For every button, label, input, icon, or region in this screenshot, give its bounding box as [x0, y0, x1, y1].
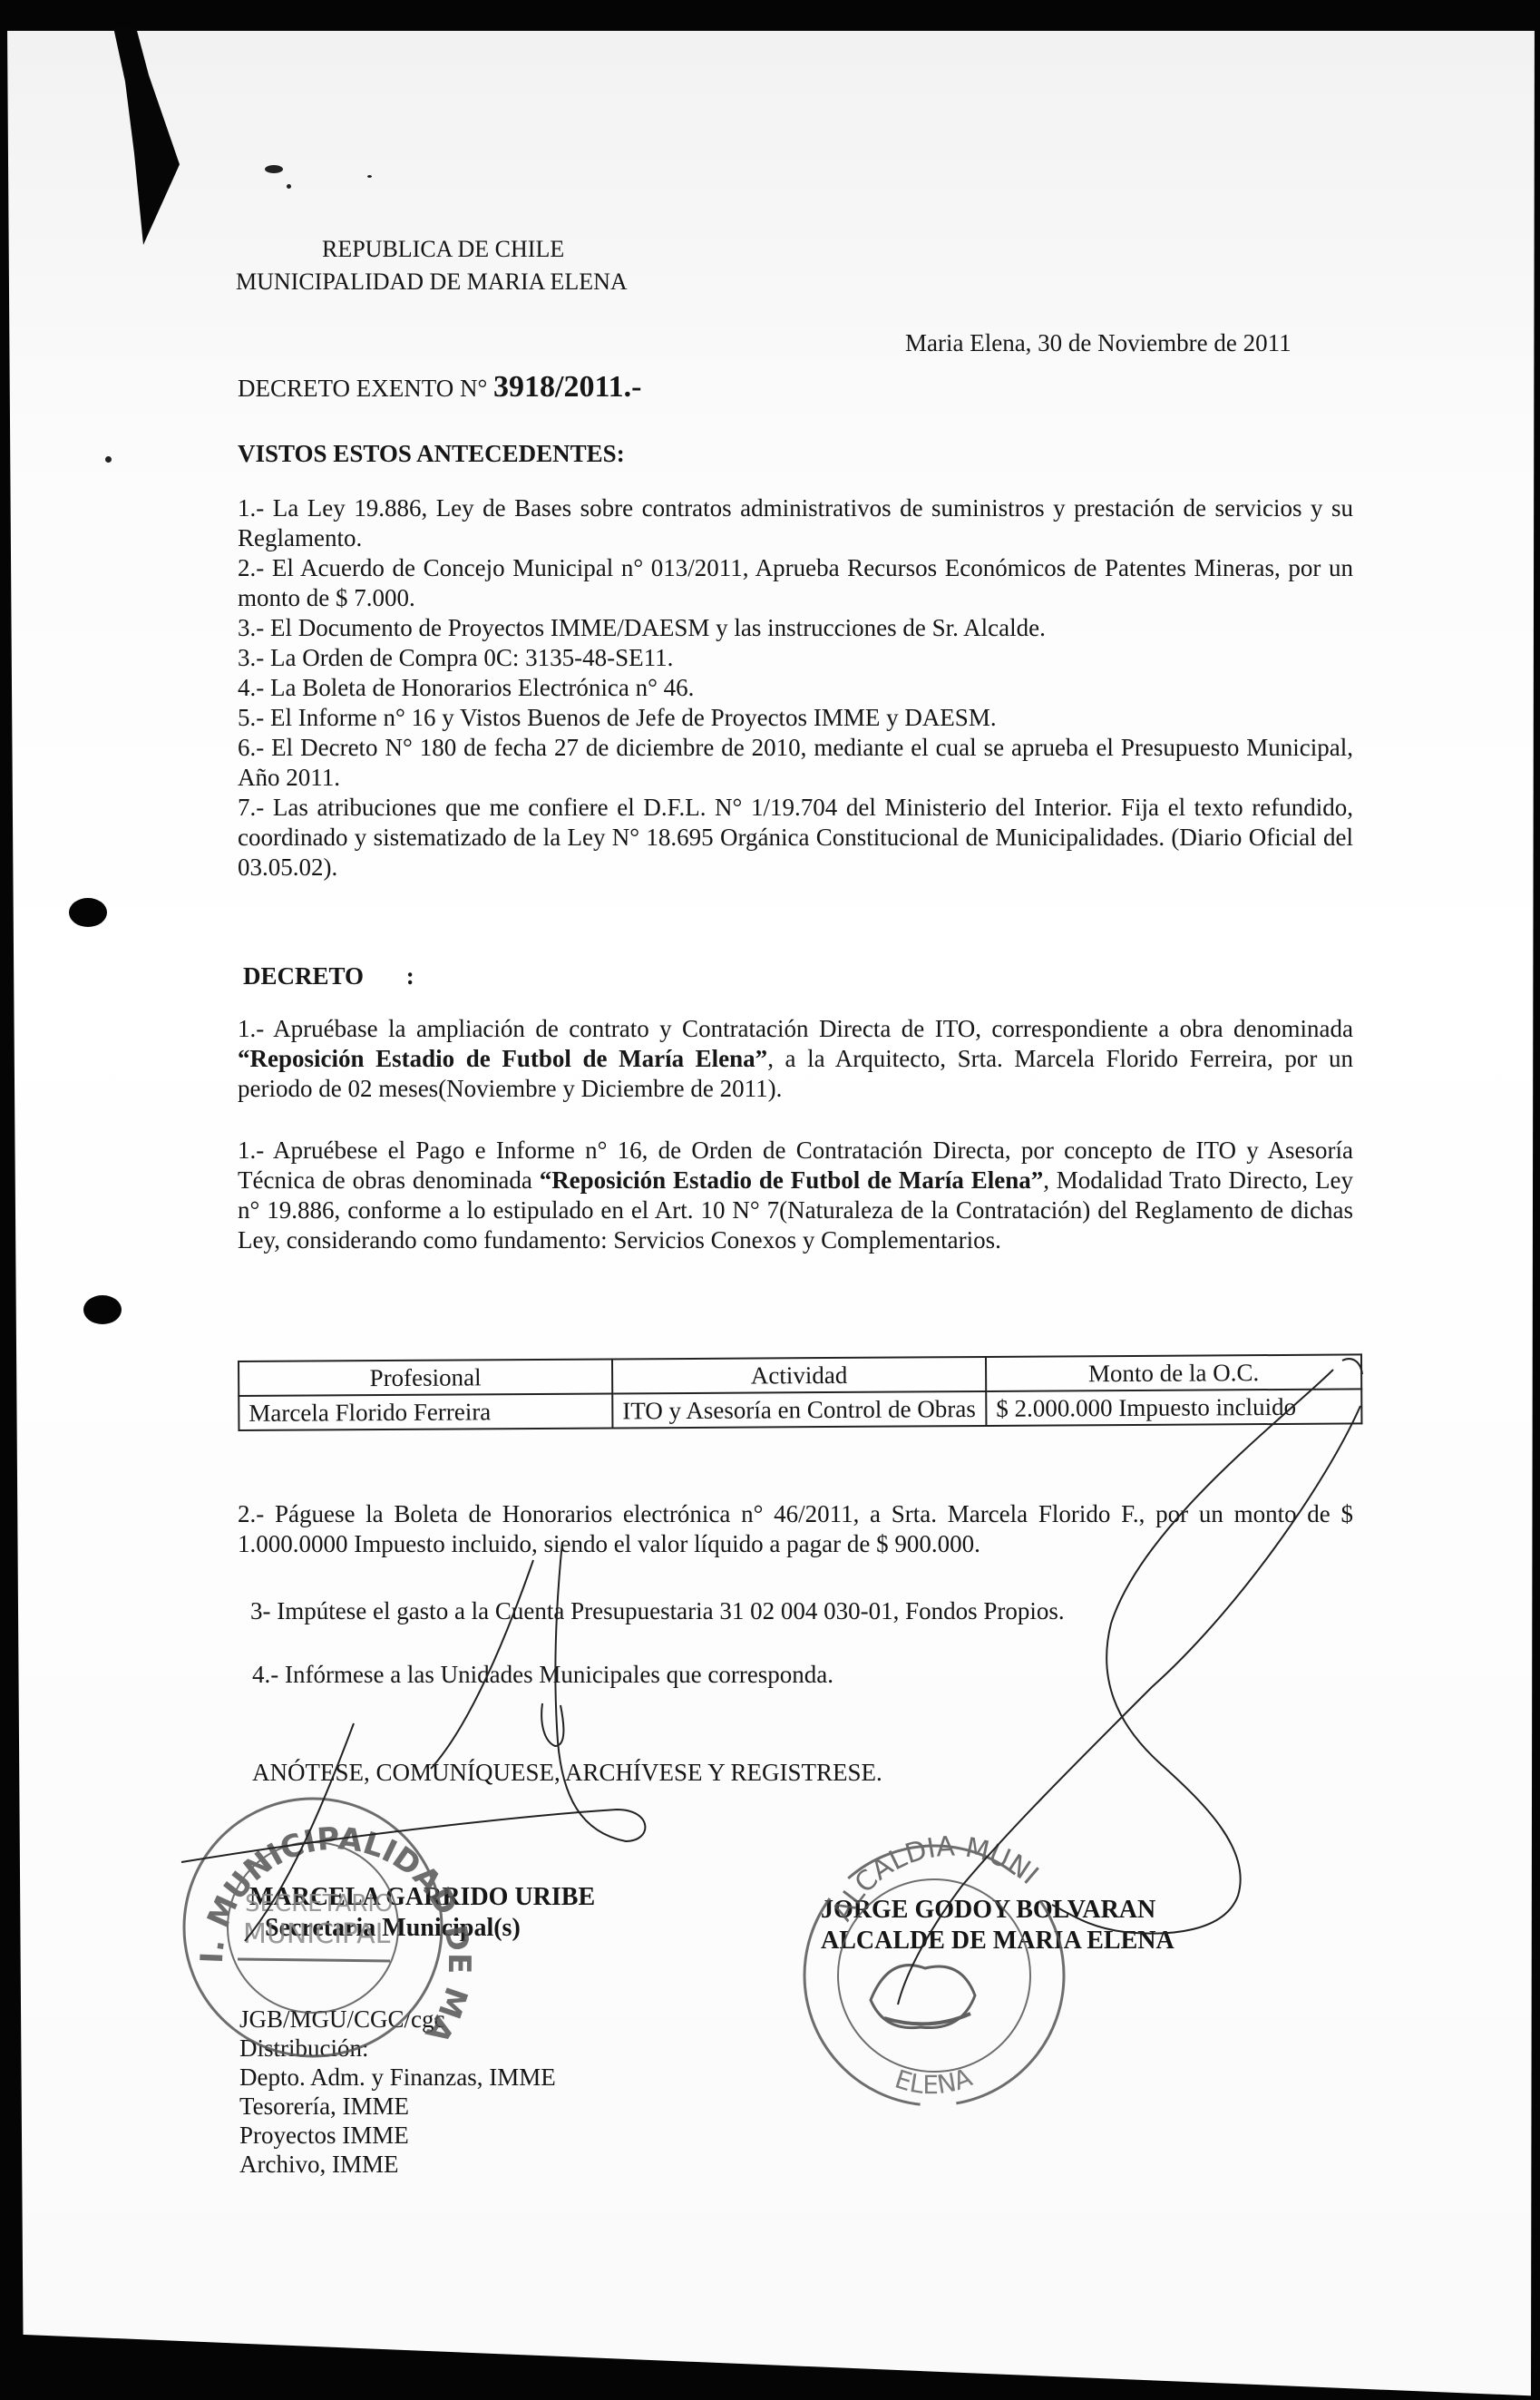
initials: JGB/MGU/CGC/cgc [239, 2005, 556, 2034]
municipality-heading: MUNICIPALIDAD DE MARIA ELENA [236, 267, 628, 297]
project-name: “Reposición Estadio de Futbol de María E… [238, 1045, 767, 1072]
project-name: “Reposición Estadio de Futbol de María E… [540, 1166, 1044, 1194]
decree-prefix: DECRETO EXENTO N° [238, 375, 487, 402]
vistos-title: VISTOS ESTOS ANTECEDENTES: [238, 439, 625, 469]
scan-speck [265, 165, 283, 173]
closing-formula: ANÓTESE, COMUNÍQUESE, ARCHÍVESE Y REGIST… [252, 1758, 882, 1788]
scan-border-left [0, 0, 24, 2400]
scan-border-top [0, 0, 1540, 31]
decreto-paragraph-1: 1.- Apruébase la ampliación de contrato … [238, 1014, 1353, 1104]
purchase-order-table: Profesional Actividad Monto de la O.C. M… [238, 1353, 1362, 1431]
vistos-item: 6.- El Decreto N° 180 de fecha 27 de dic… [238, 733, 1353, 793]
signatory-left-name: MARCELA GARRIDO URIBE [249, 1883, 595, 1912]
distribution-block: JGB/MGU/CGC/cgc Distribución: Depto. Adm… [239, 2005, 556, 2179]
torn-corner-shadow [109, 27, 200, 245]
table-row: Marcela Florido Ferreira ITO y Asesoría … [239, 1389, 1361, 1430]
vistos-item: 3.- El Documento de Proyectos IMME/DAESM… [238, 613, 1353, 643]
scan-border-right [1531, 0, 1540, 2400]
vistos-item: 7.- Las atribuciones que me confiere el … [238, 793, 1353, 883]
place-date: Maria Elena, 30 de Noviembre de 2011 [905, 328, 1291, 358]
header-profesional: Profesional [239, 1359, 612, 1396]
vistos-item: 4.- La Boleta de Honorarios Electrónica … [238, 673, 1353, 703]
decreto-label: DECRETO [243, 962, 364, 990]
cell-actividad: ITO y Asesoría en Control de Obras [612, 1391, 986, 1429]
scan-speck [105, 456, 112, 463]
punch-hole [69, 898, 107, 927]
vistos-item: 5.- El Informe n° 16 y Vistos Buenos de … [238, 703, 1353, 733]
decreto-paragraph-4: 3- Impútese el gasto a la Cuenta Presupu… [250, 1596, 1065, 1626]
mayor-seal-right: ALCALDIA MUNI ELENA [804, 1831, 1064, 2105]
distribution-item: Archivo, IMME [239, 2150, 556, 2179]
p1-text: 1.- Apruébase la ampliación de contrato … [238, 1015, 1353, 1042]
distribution-item: Depto. Adm. y Finanzas, IMME [239, 2063, 556, 2092]
scan-border-bottom [0, 2322, 1540, 2400]
decreto-title: DECRETO : [243, 961, 414, 991]
distribution-item: Tesorería, IMME [239, 2092, 556, 2121]
distribution-item: Proyectos IMME [239, 2121, 556, 2150]
vistos-list: 1.- La Ley 19.886, Ley de Bases sobre co… [238, 493, 1353, 883]
vistos-item: 2.- El Acuerdo de Concejo Municipal n° 0… [238, 553, 1353, 613]
scan-speck [287, 184, 291, 189]
scan-speck [367, 175, 372, 178]
decreto-paragraph-3: 2.- Páguese la Boleta de Honorarios elec… [238, 1499, 1353, 1559]
decreto-paragraph-2: 1.- Apruébese el Pago e Informe n° 16, d… [238, 1136, 1353, 1255]
country-heading: REPUBLICA DE CHILE [322, 234, 564, 264]
punch-hole [83, 1295, 122, 1324]
header-actividad: Actividad [612, 1357, 986, 1394]
vistos-item: 1.- La Ley 19.886, Ley de Bases sobre co… [238, 493, 1353, 553]
signatory-right-role: ALCALDE DE MARIA ELENA [821, 1927, 1174, 1956]
distribution-label: Distribución: [239, 2034, 556, 2063]
vistos-item: 3.- La Orden de Compra 0C: 3135-48-SE11. [238, 643, 1353, 673]
signatory-left-role: Secretaria Municipal(s) [265, 1914, 521, 1943]
scanned-page: REPUBLICA DE CHILE MUNICIPALIDAD DE MARI… [0, 0, 1540, 2400]
decreto-colon: : [406, 962, 414, 990]
seal-ring-bottom-text: ELENA [892, 2063, 976, 2101]
header-monto: Monto de la O.C. [986, 1354, 1361, 1391]
decree-title: DECRETO EXENTO N° 3918/2011.- [238, 372, 641, 404]
svg-text:ELENA: ELENA [892, 2063, 976, 2101]
cell-profesional: Marcela Florido Ferreira [239, 1393, 612, 1430]
decree-number: 3918/2011.- [493, 370, 641, 404]
signatory-right-name: JORGE GODOY BOLVARAN [821, 1896, 1155, 1925]
cell-monto: $ 2.000.000 Impuesto incluido [986, 1389, 1361, 1426]
decreto-paragraph-5: 4.- Infórmese a las Unidades Municipales… [252, 1660, 833, 1690]
